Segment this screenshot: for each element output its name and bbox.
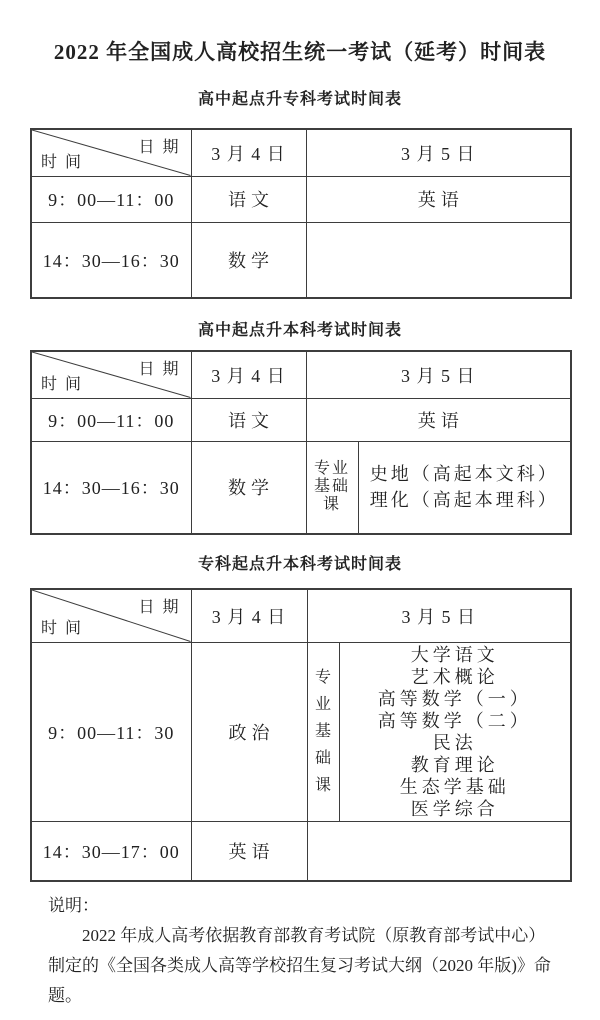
subject-cell: 语文 [191,398,306,441]
subject-item: 医学综合 [340,798,571,820]
subject-item: 教育理论 [340,754,571,776]
table-row: 14：30—16：30 数学 专业基础课 史地（高起本文科） 理化（高起本理科） [31,441,571,534]
header-row: 日 期 时 间 3 月 4 日 3 月 5 日 [31,129,571,176]
empty-cell [306,222,571,298]
date-header-mar4: 3 月 4 日 [191,129,306,176]
header-row: 日 期 时 间 3 月 4 日 3 月 5 日 [31,589,571,642]
subject-item: 理化（高起本理科） [359,487,571,513]
note-line: 题。 [48,981,583,1011]
note-block: 说明： 2022 年成人高考依据教育部教育考试院（原教育部考试中心） 制定的《全… [48,891,583,1011]
corner-time-label: 时 间 [41,371,83,394]
subjects-list: 大学语文 艺术概论 高等数学（一） 高等数学（二） 民法 教育理论 生态学基础 … [339,642,571,821]
subject-item: 大学语文 [340,644,571,666]
corner-time-label: 时 间 [41,149,83,172]
subject-item: 高等数学（一） [340,688,571,710]
corner-cell: 日 期 时 间 [31,351,191,398]
corner-date-label: 日 期 [138,134,180,157]
subject-cell: 英语 [306,398,571,441]
subject-group-cell: 专业基础课 [307,642,339,821]
table-title-gaoqi-zhuanke: 高中起点升专科考试时间表 [0,86,600,109]
subject-group-label: 专业基础课 [314,664,332,799]
subject-cell: 英语 [191,821,307,881]
page-title: 2022 年全国成人高校招生统一考试（延考）时间表 [0,36,600,66]
date-header-mar5: 3 月 5 日 [306,351,571,398]
subject-item: 高等数学（二） [340,710,571,732]
table-title-gaoqi-benke: 高中起点升本科考试时间表 [0,317,600,340]
note-line: 制定的《全国各类成人高等学校招生复习考试大纲（2020 年版)》命 [48,951,583,981]
document-page: 2022 年全国成人高校招生统一考试（延考）时间表 高中起点升专科考试时间表 日… [0,0,600,1020]
corner-time-label: 时 间 [41,615,83,638]
time-cell: 9：00—11：00 [31,398,191,441]
subject-cell: 政治 [191,642,307,821]
time-cell: 9：00—11：30 [31,642,191,821]
table-row: 14：30—17：00 英语 [31,821,571,881]
exam-table-gaoqi-zhuanke: 日 期 时 间 3 月 4 日 3 月 5 日 9：00—11：00 语文 英语… [30,128,572,299]
date-header-mar4: 3 月 4 日 [191,589,307,642]
subject-cell: 英语 [306,176,571,222]
subject-group-label: 专业基础课 [312,460,352,514]
corner-date-label: 日 期 [138,356,180,379]
empty-cell [307,821,571,881]
subject-cell: 语文 [191,176,306,222]
table-title-zhuanqi-benke: 专科起点升本科考试时间表 [0,551,600,574]
time-cell: 14：30—16：30 [31,441,191,534]
exam-table-zhuanqi-benke: 日 期 时 间 3 月 4 日 3 月 5 日 9：00—11：30 政治 专业… [30,588,572,882]
subject-item: 史地（高起本文科） [359,461,571,487]
subject-item: 艺术概论 [340,666,571,688]
corner-cell: 日 期 时 间 [31,589,191,642]
header-row: 日 期 时 间 3 月 4 日 3 月 5 日 [31,351,571,398]
date-header-mar5: 3 月 5 日 [307,589,571,642]
note-line: 2022 年成人高考依据教育部教育考试院（原教育部考试中心） [48,921,583,951]
exam-table-gaoqi-benke: 日 期 时 间 3 月 4 日 3 月 5 日 9：00—11：00 语文 英语… [30,350,572,535]
subject-item: 民法 [340,732,571,754]
subject-item: 生态学基础 [340,776,571,798]
table-row: 9：00—11：00 语文 英语 [31,398,571,441]
corner-cell: 日 期 时 间 [31,129,191,176]
table-row: 9：00—11：30 政治 专业基础课 大学语文 艺术概论 高等数学（一） 高等… [31,642,571,821]
time-cell: 9：00—11：00 [31,176,191,222]
note-label: 说明： [48,891,583,921]
corner-date-label: 日 期 [138,594,180,617]
table-row: 14：30—16：30 数学 [31,222,571,298]
subject-cell: 数学 [191,222,306,298]
time-cell: 14：30—16：30 [31,222,191,298]
date-header-mar4: 3 月 4 日 [191,351,306,398]
subject-group-cell: 专业基础课 [306,441,358,534]
table-row: 9：00—11：00 语文 英语 [31,176,571,222]
time-cell: 14：30—17：00 [31,821,191,881]
subjects-list: 史地（高起本文科） 理化（高起本理科） [358,441,571,534]
date-header-mar5: 3 月 5 日 [306,129,571,176]
subject-cell: 数学 [191,441,306,534]
